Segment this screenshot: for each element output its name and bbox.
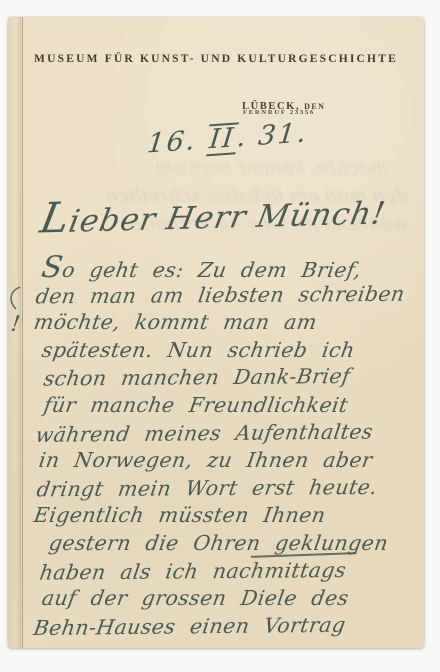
margin-ink-stroke [6, 285, 22, 311]
handwriting-line: Behn-Hauses einen Vortrag [32, 611, 421, 643]
date-month-roman-numeral: II [206, 122, 239, 156]
handwriting-line: gestern die Ohren geklungen [47, 530, 420, 558]
letterhead-museum-title: MUSEUM FÜR KUNST- UND KULTURGESCHICHTE [8, 53, 424, 65]
date-day: 16. [146, 125, 199, 159]
letterhead-phone-line: FERNRUF 23356 [243, 109, 315, 116]
handwriting-line: schon manchen Dank-Brief [42, 363, 421, 394]
margin-exclamation-mark: ! [9, 312, 21, 338]
letter-scan: ! möchte, kommt man am den man am liebst… [0, 0, 440, 672]
date-year: . 31. [235, 117, 309, 153]
handwriting-line: den man am liebsten schreiben [34, 280, 421, 310]
handwriting-line: haben als ich nachmittags [38, 556, 421, 587]
handwritten-date: 16. II. 31. [145, 117, 309, 160]
bleed-through-line: möchte, kommt man am [126, 157, 389, 179]
handwriting-lines: So geht es: Zu dem Brief,den man am lieb… [34, 254, 418, 640]
handwriting-line: dringt mein Wort erst heute. [35, 473, 421, 503]
handwriting-line: auf der grossen Diele des [40, 585, 420, 613]
handwriting-line: während meines Aufenthaltes [34, 418, 421, 450]
handwriting-line: So geht es: Zu dem Brief, [40, 254, 420, 282]
page-fold-edge: ! [8, 17, 23, 648]
letter-paper: ! möchte, kommt man am den man am liebst… [8, 17, 424, 648]
handwriting-line: Eigentlich müssten Ihnen [32, 502, 420, 530]
handwriting-line: in Norwegen, zu Ihnen aber [37, 447, 420, 475]
handwriting-line: möchte, kommt man am [32, 309, 420, 337]
handwriting-line: spätesten. Nun schrieb ich [40, 337, 420, 365]
salutation: Lieber Herr Münch! [37, 185, 391, 243]
handwriting-line: für manche Freundlichkeit [42, 392, 420, 420]
